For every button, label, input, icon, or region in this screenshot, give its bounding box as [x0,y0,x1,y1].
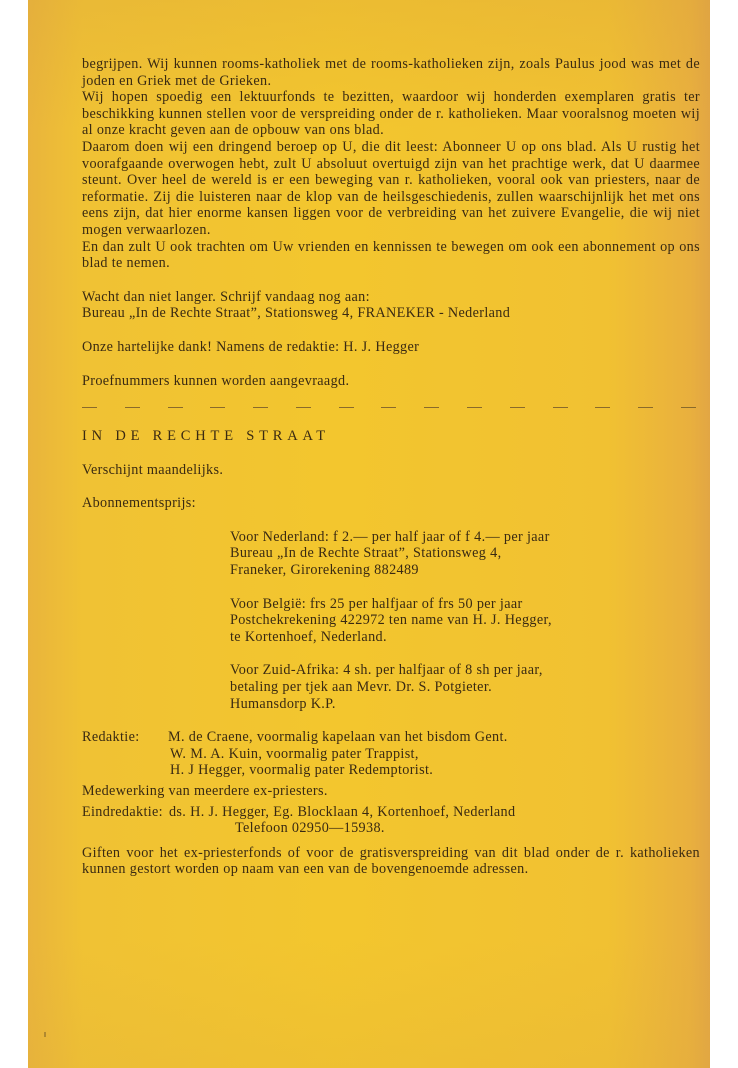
call-to-action: Wacht dan niet langer. Schrijf vandaag n… [82,289,700,306]
spacer [82,272,700,289]
cooperation-line: Medewerking van meerdere ex-priesters. [82,783,700,800]
editor-name: W. M. A. Kuin, voormalig pater Trappist, [82,746,700,763]
price-south-africa: Voor Zuid-Afrika: 4 sh. per halfjaar of … [230,662,700,712]
paper-speck [44,1032,46,1037]
price-line: Voor België: frs 25 per halfjaar of frs … [230,596,700,613]
chief-editor-row: Eindredaktie: ds. H. J. Hegger, Eg. Bloc… [82,804,700,821]
price-list: Voor Nederland: f 2.— per half jaar of f… [230,529,700,712]
price-line: Postchekrekening 422972 ten name van H. … [230,612,700,629]
spacer [82,512,700,529]
price-line: Voor Nederland: f 2.— per half jaar of f… [230,529,700,546]
thanks-line: Onze hartelijke dank! Namens de redaktie… [82,339,700,356]
price-line: Humansdorp K.P. [230,696,700,713]
chief-editor-label: Eindredaktie: [82,804,163,821]
price-line: Voor Zuid-Afrika: 4 sh. per halfjaar of … [230,662,700,679]
spacer [82,478,700,495]
price-line: te Kortenhoef, Nederland. [230,629,700,646]
editors-row: Redaktie: M. de Craene, voormalig kapela… [82,729,700,746]
frequency-line: Verschijnt maandelijks. [82,462,700,479]
spacer [82,322,700,339]
editor-name: M. de Craene, voormalig kapelaan van het… [168,729,508,746]
price-line: Bureau „In de Rechte Straat”, Stationswe… [230,545,700,562]
spacer [82,445,700,462]
intro-paragraph: Daarom doen wij een dringend beroep op U… [82,139,700,239]
chief-editor-address: ds. H. J. Hegger, Eg. Blocklaan 4, Korte… [169,804,515,821]
price-label: Abonnementsprijs: [82,495,700,512]
spacer [82,356,700,373]
colophon-title: IN DE RECHTE STRAAT [82,428,700,445]
page-content: begrijpen. Wij kunnen rooms-katholiek me… [82,56,700,878]
price-belgium: Voor België: frs 25 per halfjaar of frs … [230,596,700,646]
bureau-address: Bureau „In de Rechte Straat”, Stationswe… [82,305,700,322]
scanned-page: begrijpen. Wij kunnen rooms-katholiek me… [28,0,710,1068]
intro-paragraph: En dan zult U ook trachten om Uw vriende… [82,239,700,272]
phone-line: Telefoon 02950—15938. [82,820,700,837]
spacer [82,837,700,845]
editors-label: Redaktie: [82,729,168,746]
price-netherlands: Voor Nederland: f 2.— per half jaar of f… [230,529,700,579]
price-line: betaling per tjek aan Mevr. Dr. S. Potgi… [230,679,700,696]
cut-line-divider [82,407,696,408]
intro-paragraph: Wij hopen spoedig een lektuurfonds te be… [82,89,700,139]
price-line: Franeker, Girorekening 882489 [230,562,700,579]
editor-name: H. J Hegger, voormalig pater Redemptoris… [82,762,700,779]
samples-line: Proefnummers kunnen worden aangevraagd. [82,373,700,390]
intro-paragraph: begrijpen. Wij kunnen rooms-katholiek me… [82,56,700,89]
donations-paragraph: Giften voor het ex-priesterfonds of voor… [82,845,700,878]
